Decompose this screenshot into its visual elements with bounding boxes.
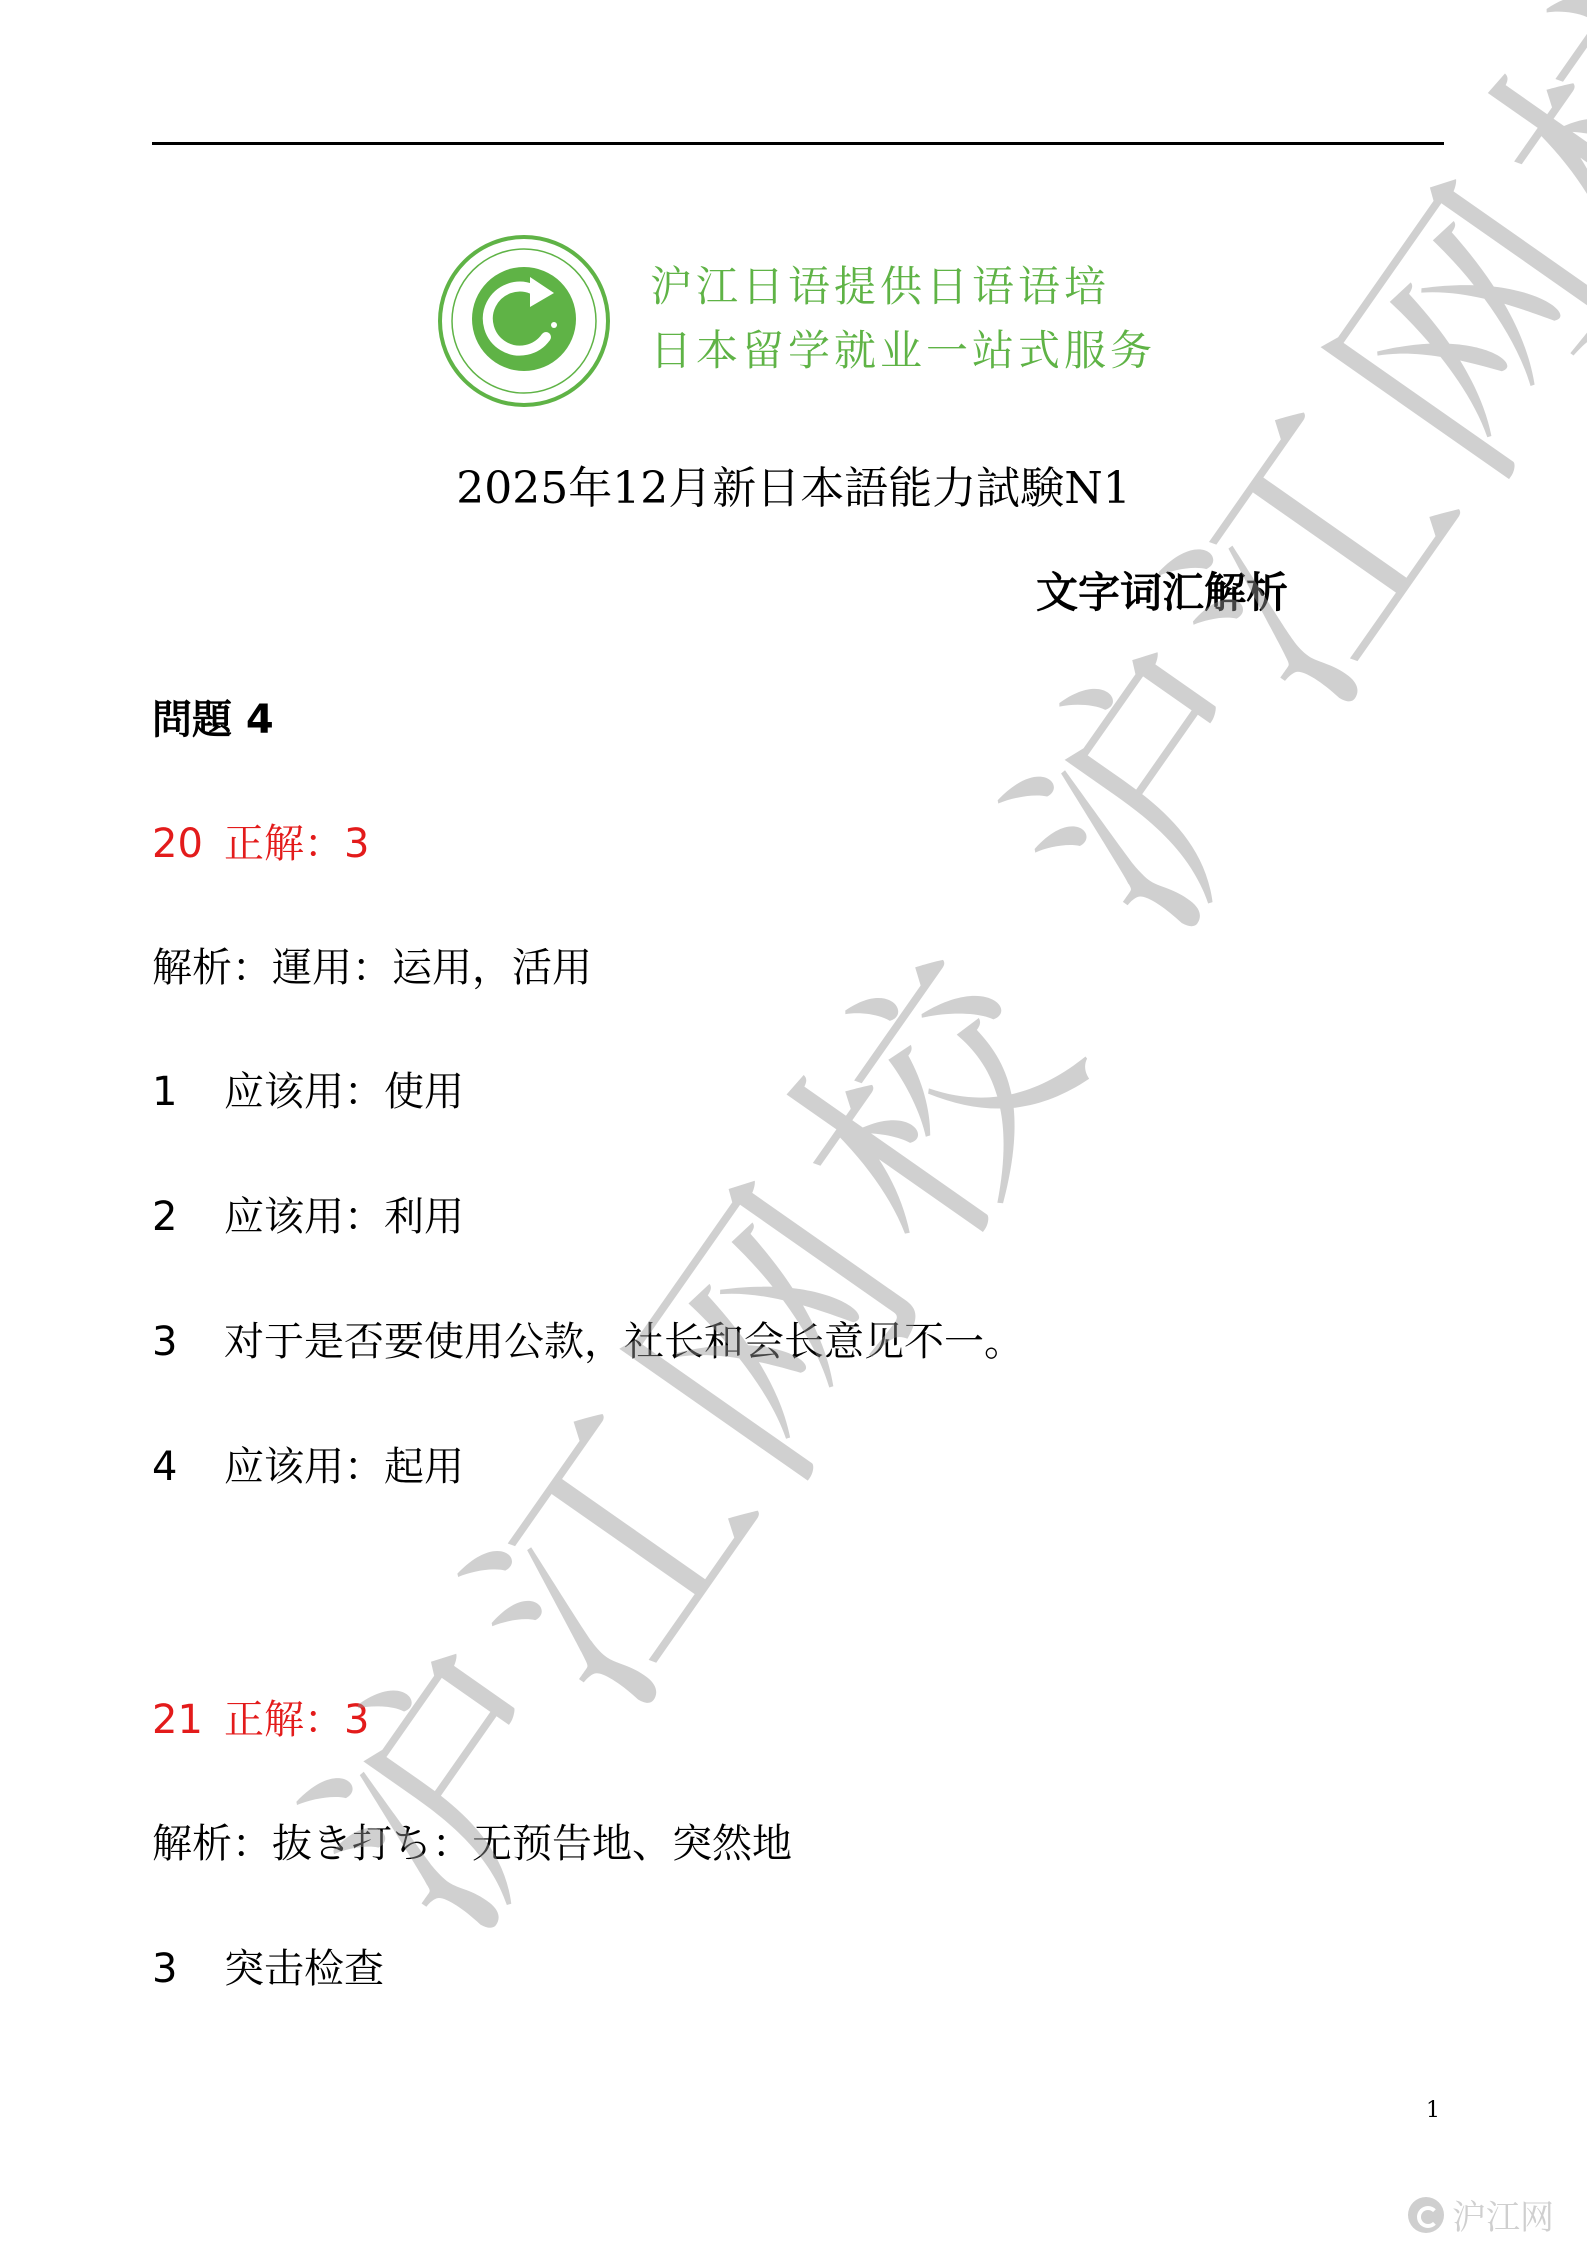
analysis-meaning: 无预告地、突然地 [472, 1821, 792, 1867]
option-item: 3突击检查 [152, 1937, 384, 1994]
option-number: 3 [152, 1946, 224, 1992]
option-item: 1应该用：使用 [152, 1060, 464, 1117]
section-heading: 問題 4 [152, 688, 274, 745]
brand-watermark: 沪江网 [1408, 2190, 1554, 2239]
option-number: 3 [152, 1319, 224, 1365]
question-21-analysis: 解析：抜き打ち：无预告地、突然地 [152, 1812, 792, 1869]
option-number: 1 [152, 1069, 224, 1115]
option-number: 4 [152, 1444, 224, 1490]
option-item: 4应该用：起用 [152, 1435, 464, 1492]
document-title: 2025年12月新日本語能力試験N1 [0, 452, 1587, 516]
analysis-label: 解析： [152, 945, 272, 991]
analysis-term: 抜き打ち： [272, 1821, 472, 1867]
logo-line-2: 日本留学就业一站式服务 [650, 319, 1156, 383]
watermark: 沪江网校 沪江网校 [130, 500, 1430, 1800]
option-text: 利用 [384, 1194, 464, 1240]
logo-line-1: 沪江日语提供日语语培 [650, 255, 1156, 319]
option-label: 应该用： [224, 1194, 384, 1240]
answer-label: 正解：3 [224, 821, 369, 867]
option-text: 对于是否要使用公款，社长和会长意见不一。 [224, 1319, 1024, 1365]
logo-slogan: 沪江日语提供日语语培 日本留学就业一站式服务 [650, 255, 1156, 383]
brand-name: 沪江网 [1452, 2190, 1554, 2239]
question-21-answer: 21正解：3 [152, 1688, 369, 1745]
question-number: 20 [152, 821, 224, 867]
analysis-label: 解析： [152, 1821, 272, 1867]
hujiang-logo: 沪江日语提供日语语培 日本留学就业一站式服务 [436, 233, 1176, 413]
option-text: 起用 [384, 1444, 464, 1490]
answer-label: 正解：3 [224, 1697, 369, 1743]
header-rule [152, 142, 1444, 145]
page-number: 1 [1426, 2098, 1440, 2123]
document-subtitle: 文字词汇解析 [1036, 560, 1288, 620]
question-20-answer: 20正解：3 [152, 812, 369, 869]
hujiang-logo-icon [1408, 2197, 1444, 2233]
option-number: 2 [152, 1194, 224, 1240]
analysis-term: 運用： [272, 945, 392, 991]
option-item: 2应该用：利用 [152, 1185, 464, 1242]
option-text: 使用 [384, 1069, 464, 1115]
analysis-meaning: 运用，活用 [392, 945, 592, 991]
option-text: 突击检查 [224, 1946, 384, 1992]
option-label: 应该用： [224, 1069, 384, 1115]
option-item: 3对于是否要使用公款，社长和会长意见不一。 [152, 1310, 1024, 1367]
hujiang-emblem-icon [436, 233, 612, 409]
question-number: 21 [152, 1697, 224, 1743]
option-label: 应该用： [224, 1444, 384, 1490]
question-20-analysis: 解析：運用：运用，活用 [152, 936, 592, 993]
